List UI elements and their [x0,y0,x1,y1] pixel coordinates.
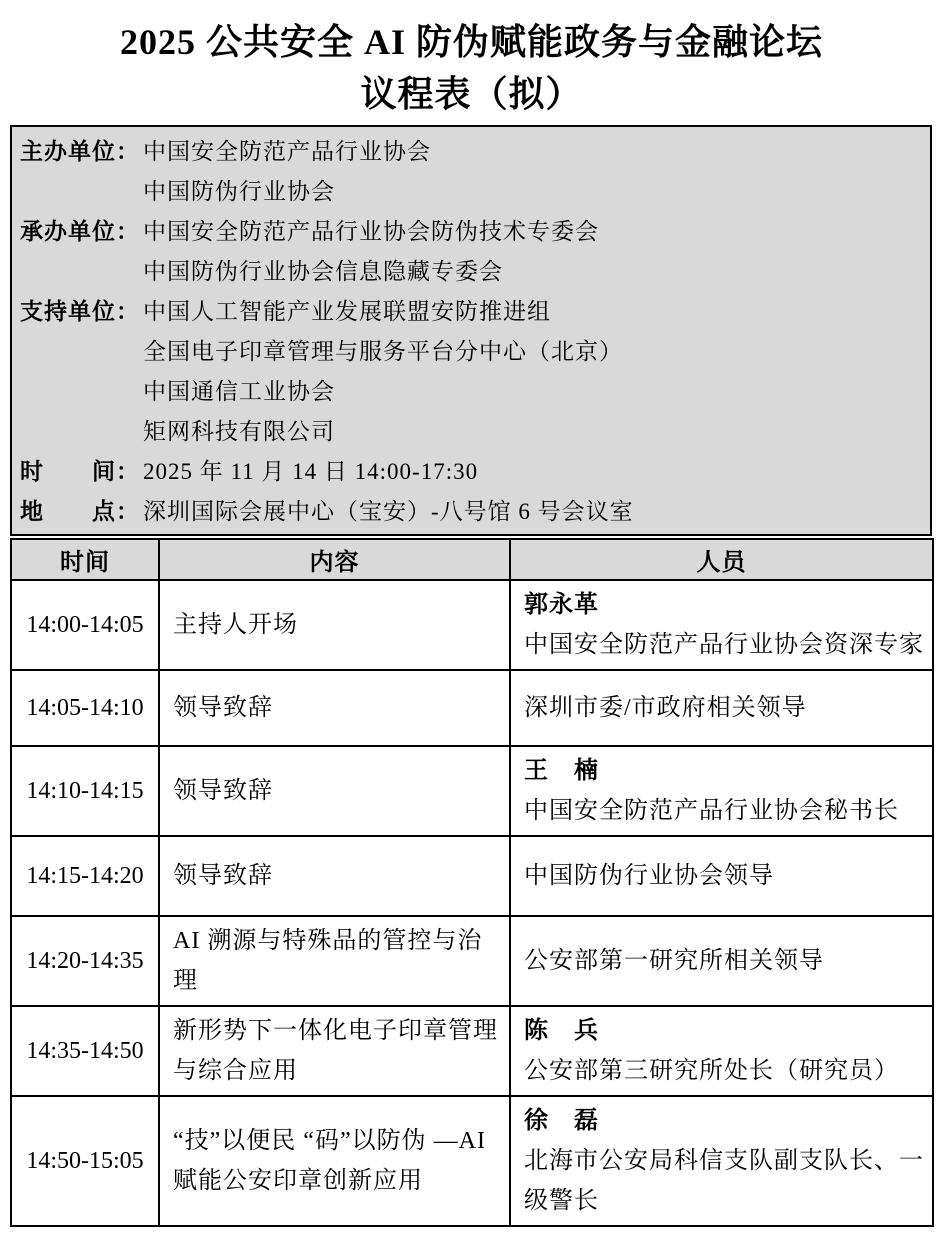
cell-person: 徐 磊北海市公安局科信支队副支队长、一级警长 [510,1096,933,1226]
table-row: 14:35-14:50 新形势下一体化电子印章管理与综合应用 陈 兵公安部第三研… [11,1006,933,1096]
info-entry-organizer: 承办单位： 中国安全防范产品行业协会防伪技术专委会 中国防伪行业协会信息隐藏专委… [20,212,924,292]
cell-time: 14:20-14:35 [11,916,159,1006]
cell-person: 陈 兵公安部第三研究所处长（研究员） [510,1006,933,1096]
info-entry-host: 主办单位： 中国安全防范产品行业协会 中国防伪行业协会 [20,132,924,212]
cell-time: 14:15-14:20 [11,836,159,916]
info-label-organizer: 承办单位： [20,212,143,252]
cell-person: 公安部第一研究所相关领导 [510,916,933,1006]
person-name: 陈 兵 [524,1011,927,1051]
person-desc: 公安部第三研究所处长（研究员） [524,1051,927,1091]
cell-person: 郭永革中国安全防范产品行业协会资深专家 [510,580,933,670]
cell-content: AI 溯源与特殊品的管控与治理 [159,916,510,1006]
info-line: 中国通信工业协会 [143,372,924,412]
table-row: 14:20-14:35 AI 溯源与特殊品的管控与治理 公安部第一研究所相关领导 [11,916,933,1006]
title-line-1: 2025 公共安全 AI 防伪赋能政务与金融论坛 [0,16,943,68]
cell-time: 14:10-14:15 [11,746,159,836]
info-values-location: 深圳国际会展中心（宝安）-八号馆 6 号会议室 [143,492,924,532]
col-header-content: 内容 [159,539,510,580]
table-row: 14:50-15:05 “技”以便民 “码”以防伪 —AI 赋能公安印章创新应用… [11,1096,933,1226]
info-line: 中国防伪行业协会 [143,172,924,212]
cell-person: 王 楠中国安全防范产品行业协会秘书长 [510,746,933,836]
cell-content: 领导致辞 [159,836,510,916]
table-row: 14:10-14:15 领导致辞 王 楠中国安全防范产品行业协会秘书长 [11,746,933,836]
info-values-time: 2025 年 11 月 14 日 14:00-17:30 [143,452,924,492]
cell-time: 14:50-15:05 [11,1096,159,1226]
info-line: 矩网科技有限公司 [143,412,924,452]
cell-time: 14:00-14:05 [11,580,159,670]
page-title: 2025 公共安全 AI 防伪赋能政务与金融论坛 议程表（拟） [0,0,943,120]
cell-content: 领导致辞 [159,670,510,746]
info-entry-supporter: 支持单位： 中国人工智能产业发展联盟安防推进组 全国电子印章管理与服务平台分中心… [20,292,924,452]
col-header-person: 人员 [510,539,933,580]
info-label-host: 主办单位： [20,132,143,172]
info-line: 中国安全防范产品行业协会 [143,132,924,172]
info-values-supporter: 中国人工智能产业发展联盟安防推进组 全国电子印章管理与服务平台分中心（北京） 中… [143,292,924,452]
cell-person: 中国防伪行业协会领导 [510,836,933,916]
info-line: 2025 年 11 月 14 日 14:00-17:30 [143,452,924,492]
info-line: 中国安全防范产品行业协会防伪技术专委会 [143,212,924,252]
col-header-time: 时间 [11,539,159,580]
agenda-document: 2025 公共安全 AI 防伪赋能政务与金融论坛 议程表（拟） 主办单位： 中国… [0,0,943,1227]
cell-content: 主持人开场 [159,580,510,670]
table-row: 14:00-14:05 主持人开场 郭永革中国安全防范产品行业协会资深专家 [11,580,933,670]
info-label-location: 地 点： [20,492,143,532]
info-values-organizer: 中国安全防范产品行业协会防伪技术专委会 中国防伪行业协会信息隐藏专委会 [143,212,924,292]
info-line: 全国电子印章管理与服务平台分中心（北京） [143,332,924,372]
agenda-table: 时间 内容 人员 14:00-14:05 主持人开场 郭永革中国安全防范产品行业… [10,538,934,1227]
info-entry-time: 时 间： 2025 年 11 月 14 日 14:00-17:30 [20,452,924,492]
cell-content: 新形势下一体化电子印章管理与综合应用 [159,1006,510,1096]
info-line: 中国防伪行业协会信息隐藏专委会 [143,252,924,292]
info-entry-location: 地 点： 深圳国际会展中心（宝安）-八号馆 6 号会议室 [20,492,924,532]
header-row: 时间 内容 人员 [11,539,933,580]
person-desc: 公安部第一研究所相关领导 [524,941,927,981]
table-row: 14:05-14:10 领导致辞 深圳市委/市政府相关领导 [11,670,933,746]
cell-content: “技”以便民 “码”以防伪 —AI 赋能公安印章创新应用 [159,1096,510,1226]
title-line-2: 议程表（拟） [0,68,943,120]
table-row: 14:15-14:20 领导致辞 中国防伪行业协会领导 [11,836,933,916]
person-name: 徐 磊 [524,1101,927,1141]
person-desc: 中国安全防范产品行业协会资深专家 [524,625,927,665]
person-name: 王 楠 [524,751,927,791]
person-desc: 中国安全防范产品行业协会秘书长 [524,791,927,831]
event-info-box: 主办单位： 中国安全防范产品行业协会 中国防伪行业协会 承办单位： 中国安全防范… [10,125,932,536]
cell-time: 14:35-14:50 [11,1006,159,1096]
agenda-table-body: 14:00-14:05 主持人开场 郭永革中国安全防范产品行业协会资深专家 14… [11,580,933,1226]
cell-time: 14:05-14:10 [11,670,159,746]
info-values-host: 中国安全防范产品行业协会 中国防伪行业协会 [143,132,924,212]
person-desc: 深圳市委/市政府相关领导 [524,688,927,728]
info-line: 中国人工智能产业发展联盟安防推进组 [143,292,924,332]
cell-content: 领导致辞 [159,746,510,836]
person-name: 郭永革 [524,585,927,625]
person-desc: 北海市公安局科信支队副支队长、一级警长 [524,1141,927,1221]
info-label-supporter: 支持单位： [20,292,143,332]
person-desc: 中国防伪行业协会领导 [524,856,927,896]
info-label-time: 时 间： [20,452,143,492]
info-line: 深圳国际会展中心（宝安）-八号馆 6 号会议室 [143,492,924,532]
agenda-table-header: 时间 内容 人员 [11,539,933,580]
cell-person: 深圳市委/市政府相关领导 [510,670,933,746]
